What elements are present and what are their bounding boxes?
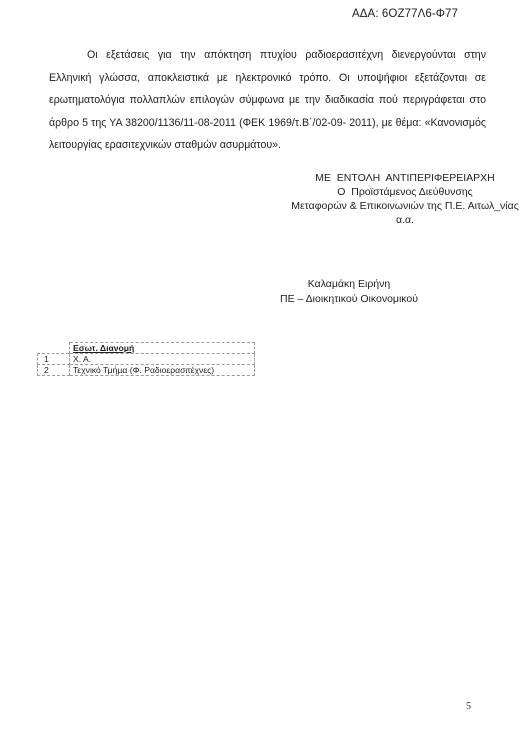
distribution-header: Εσωτ. Διανομή [70, 343, 255, 354]
distribution-row-text: Χ. Α. [70, 354, 255, 365]
signature-line-directorate: Μεταφορών & Επικοινωνιών της Π.Ε. Αιτωλ_… [250, 199, 530, 213]
distribution-row-text: Τεχνικό Τμήμα (Φ. Ραδιοερασιτέχνες) [70, 365, 255, 376]
signature-line-director: Ο Προϊστάμενος Διεύθυνσης [280, 185, 530, 199]
page-number: 5 [466, 701, 471, 712]
signer-title: ΠΕ – Διοικητικού Οικονομικού [259, 292, 439, 307]
signature-block: ΜΕ ΕΝΤΟΛΗ ΑΝΤΙΠΕΡΙΦΕΡΕΙΑΡΧΗ Ο Προϊστάμεν… [280, 171, 530, 227]
signature-line-aa: α.α. [280, 213, 530, 227]
distribution-row-num: 2 [38, 365, 70, 376]
body-paragraph-text: Οι εξετάσεις για την απόκτηση πτυχίου ρα… [49, 49, 486, 151]
ada-code: ΑΔΑ: 6ΟΖ77Λ6-Φ77 [352, 8, 458, 20]
table-row: 1 Χ. Α. [38, 354, 255, 365]
signer-name: Καλαμάκη Ειρήνη [259, 277, 439, 292]
signer-block: Καλαμάκη Ειρήνη ΠΕ – Διοικητικού Οικονομ… [259, 277, 439, 306]
table-row: 2 Τεχνικό Τμήμα (Φ. Ραδιοερασιτέχνες) [38, 365, 255, 376]
distribution-table: Εσωτ. Διανομή 1 Χ. Α. 2 Τεχνικό Τμήμα (Φ… [37, 342, 255, 376]
signature-line-mandate: ΜΕ ΕΝΤΟΛΗ ΑΝΤΙΠΕΡΙΦΕΡΕΙΑΡΧΗ [280, 171, 530, 185]
distribution-header-num-cell [38, 343, 70, 354]
distribution-header-row: Εσωτ. Διανομή [38, 343, 255, 354]
distribution-row-num: 1 [38, 354, 70, 365]
body-paragraph: Οι εξετάσεις για την απόκτηση πτυχίου ρα… [49, 44, 486, 157]
